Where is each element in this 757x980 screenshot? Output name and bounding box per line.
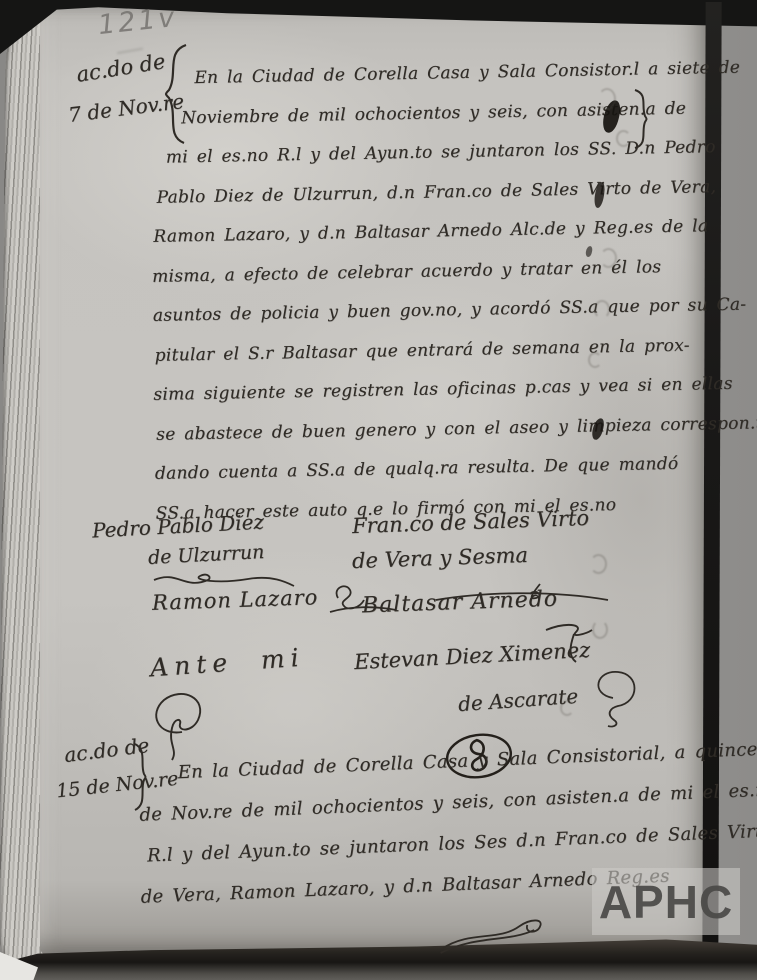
archive-watermark: APHC — [592, 868, 740, 935]
signature-escribano-line1: Estevan Diez Ximenez — [354, 638, 591, 674]
closing-brace-act1 — [632, 88, 654, 150]
ink-bleedthrough-mark — [588, 352, 602, 368]
ink-bleedthrough-mark — [592, 620, 608, 639]
ink-bleedthrough-mark — [590, 554, 607, 574]
signature-pedro-pablo-diez-line1: Pedro Pablo Diez — [91, 510, 264, 543]
ink-bleedthrough-mark — [600, 248, 617, 268]
ink-bleedthrough-mark — [560, 700, 574, 716]
ink-bleedthrough-mark — [594, 300, 610, 319]
pencil-smudge — [115, 36, 143, 54]
ink-layer: 121v ac.do de 7 de Nov.re En la Ciudad d… — [0, 0, 757, 980]
manuscript-photo: 121v ac.do de 7 de Nov.re En la Ciudad d… — [0, 0, 757, 980]
ink-bleedthrough-mark — [616, 130, 631, 147]
ante-mi-label: Ante mi — [149, 643, 305, 683]
signature-ramon-lazaro: Ramon Lazaro — [152, 585, 319, 615]
rubric-flourish — [580, 664, 646, 730]
act1-text-block: En la Ciudad de Corella Casa y Sala Cons… — [146, 48, 757, 534]
signature-pedro-pablo-diez-line2: de Ulzurrun — [148, 541, 265, 569]
signature-francisco-sales-virto-line2: de Vera y Sesma — [352, 543, 529, 573]
rubric-flourish — [434, 907, 558, 957]
ink-bleedthrough-mark — [598, 88, 616, 110]
